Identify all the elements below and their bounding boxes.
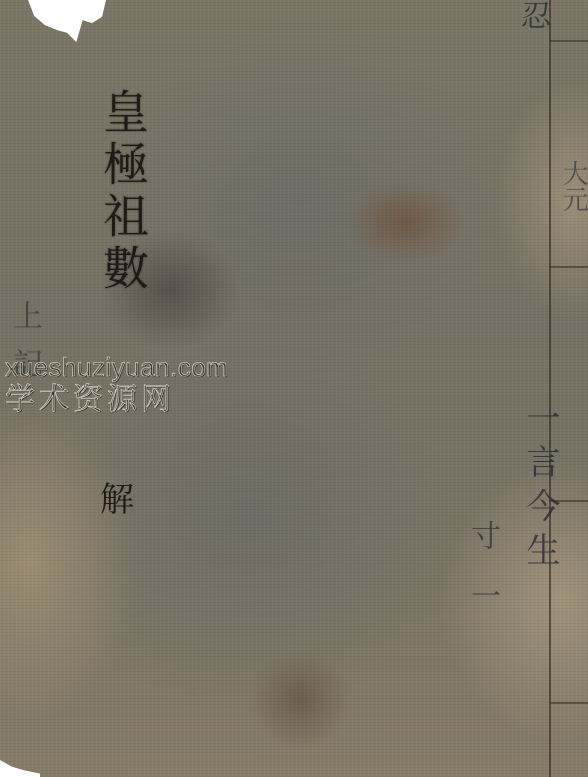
book-title-suffix: 解 (100, 472, 134, 521)
watermark: xueshuziyuan.com 学术资源网 (5, 352, 228, 418)
book-cover-scan: 皇極祖數 解 忍 一言今生 寸一 大元 上記 xueshuziyuan.com … (0, 0, 588, 777)
margin-note-far-right: 大元 (555, 160, 588, 212)
watermark-name: 学术资源网 (5, 382, 228, 418)
binding-stitch-top (549, 40, 588, 42)
binding-stitch-bottom (549, 702, 588, 704)
binding-stitch-upper (549, 266, 588, 268)
margin-note-middle-right: 寸一 (460, 520, 504, 640)
book-title: 皇極祖數 (85, 88, 155, 296)
margin-note-top-right: 忍 (510, 0, 554, 30)
margin-note-right-column: 一言今生 (520, 400, 560, 576)
watermark-url: xueshuziyuan.com (5, 352, 228, 382)
binding-line (549, 0, 551, 777)
